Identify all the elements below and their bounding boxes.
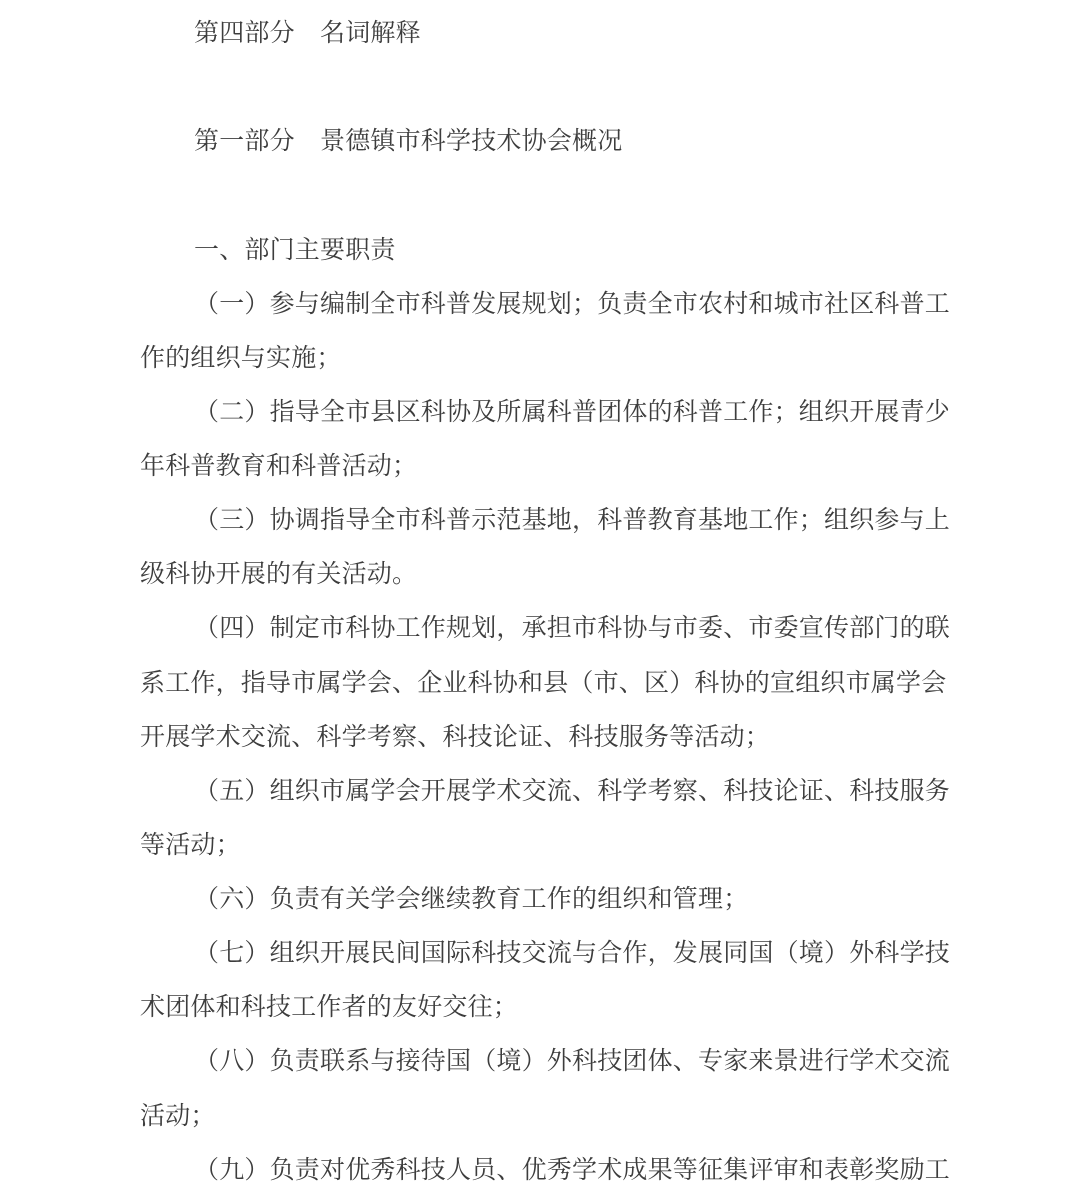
blank-line	[140, 60, 970, 114]
duty-7-line-2: 术团体和科技工作者的友好交往；	[140, 980, 970, 1034]
section1-heading: 一、部门主要职责	[140, 223, 970, 277]
duty-1-line-1: （一）参与编制全市科普发展规划；负责全市农村和城市社区科普工	[140, 277, 970, 331]
duty-8-line-2: 活动；	[140, 1089, 970, 1143]
duty-3-line-1: （三）协调指导全市科普示范基地，科普教育基地工作；组织参与上	[140, 493, 970, 547]
duty-9-line-1: （九）负责对优秀科技人员、优秀学术成果等征集评审和表彰奖励工	[140, 1143, 970, 1192]
duty-1-line-2: 作的组织与实施；	[140, 331, 970, 385]
duty-2-line-1: （二）指导全市县区科协及所属科普团体的科普工作；组织开展青少	[140, 385, 970, 439]
blank-line	[140, 168, 970, 222]
duty-4-line-3: 开展学术交流、科学考察、科技论证、科技服务等活动；	[140, 710, 970, 764]
duty-4-line-2: 系工作，指导市属学会、企业科协和县（市、区）科协的宣组织市属学会	[140, 656, 970, 710]
document-body: 第四部分 名词解释 第一部分 景德镇市科学技术协会概况 一、部门主要职责 （一）…	[140, 6, 970, 1192]
duty-5-line-2: 等活动；	[140, 818, 970, 872]
part1-heading: 第一部分 景德镇市科学技术协会概况	[140, 114, 970, 168]
duty-3-line-2: 级科协开展的有关活动。	[140, 547, 970, 601]
duty-6-line-1: （六）负责有关学会继续教育工作的组织和管理；	[140, 872, 970, 926]
duty-8-line-1: （八）负责联系与接待国（境）外科技团体、专家来景进行学术交流	[140, 1034, 970, 1088]
duty-7-line-1: （七）组织开展民间国际科技交流与合作，发展同国（境）外科学技	[140, 926, 970, 980]
duty-2-line-2: 年科普教育和科普活动；	[140, 439, 970, 493]
duty-5-line-1: （五）组织市属学会开展学术交流、科学考察、科技论证、科技服务	[140, 764, 970, 818]
document-page: { "page": { "background": "#ffffff", "te…	[0, 0, 1074, 1192]
duty-4-line-1: （四）制定市科协工作规划，承担市科协与市委、市委宣传部门的联	[140, 601, 970, 655]
part4-heading: 第四部分 名词解释	[140, 6, 970, 60]
